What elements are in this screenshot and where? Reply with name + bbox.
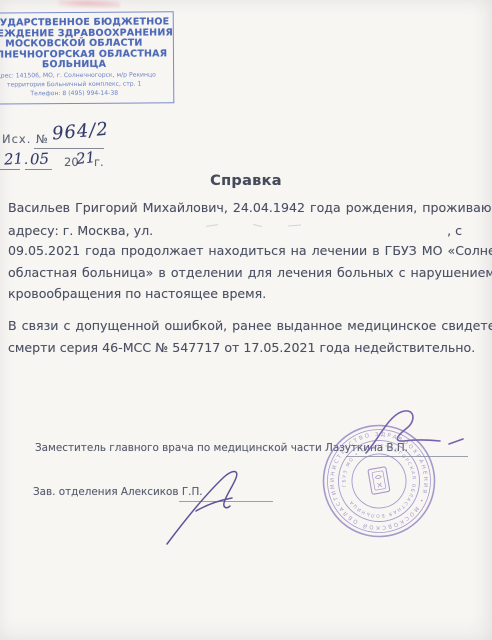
date-day-handwritten: 21 (3, 149, 23, 168)
document-title: Справка (0, 173, 492, 189)
erase-mark (206, 224, 218, 227)
erase-mark (288, 224, 301, 226)
signature-line (179, 501, 273, 502)
body-line: В связи с допущенной ошибкой, ранее выда… (8, 315, 486, 337)
body-line: областная больница» в отделении для лече… (8, 262, 486, 284)
date-year-handwritten: 21 (75, 148, 96, 168)
letterhead-stamp-line: БОЛЬНИЦА (0, 60, 173, 72)
body-line-address: адресу: г. Москва, ул. , с (8, 219, 486, 241)
date-year-suffix: г. (94, 155, 104, 169)
signature-label-deputy-chief-physician: Заместитель главного врача по медицинско… (35, 442, 408, 454)
signature-line (346, 456, 468, 457)
outgoing-number-label: Исх. № (2, 132, 49, 146)
letterhead-stamp-address: территория Больничный комплекс, стр. 1 (0, 80, 173, 89)
paragraph-invalidation-notice: В связи с допущенной ошибкой, ранее выда… (8, 315, 486, 358)
date-month-underline (25, 169, 52, 170)
letterhead-stamp-phone: Телефон: 8 (495) 994-14-38 (0, 89, 173, 98)
body-line: смерти серия 46-МСС № 547717 от 17.05.20… (8, 337, 486, 359)
outgoing-number-handwritten: 964/2 (51, 119, 109, 145)
date-month-handwritten: 05 (30, 150, 50, 169)
stamp-emblem (368, 467, 390, 495)
body-line: кровообращения по настоящее время. (8, 283, 486, 305)
address-line-right: , с (447, 220, 462, 242)
erased-address-area (153, 219, 447, 235)
document-page: ГОСУДАРСТВЕННОЕ БЮДЖЕТНОЕ УЧРЕЖДЕНИЕ ЗДР… (0, 0, 492, 640)
body-line: 09.05.2021 года продолжает находиться на… (8, 240, 486, 262)
letterhead-stamp: ГОСУДАРСТВЕННОЕ БЮДЖЕТНОЕ УЧРЕЖДЕНИЕ ЗДР… (0, 11, 174, 104)
paragraph-patient-info: Васильев Григорий Михайлович, 24.04.1942… (8, 197, 486, 305)
date-separator: . (24, 153, 28, 168)
signature-ink-department-head (167, 471, 237, 544)
date-day-underline (0, 169, 20, 170)
scan-artifact (58, 0, 120, 8)
signature-label-department-head: Зав. отделения Алексиков Г.П. (33, 486, 203, 498)
erase-mark (253, 224, 262, 227)
body-line: Васильев Григорий Михайлович, 24.04.1942… (8, 197, 486, 219)
address-line-left: адресу: г. Москва, ул. (8, 220, 153, 242)
letterhead-stamp-address: Адрес: 141506, МО, г. Солнечногорск, м/р… (0, 71, 173, 80)
